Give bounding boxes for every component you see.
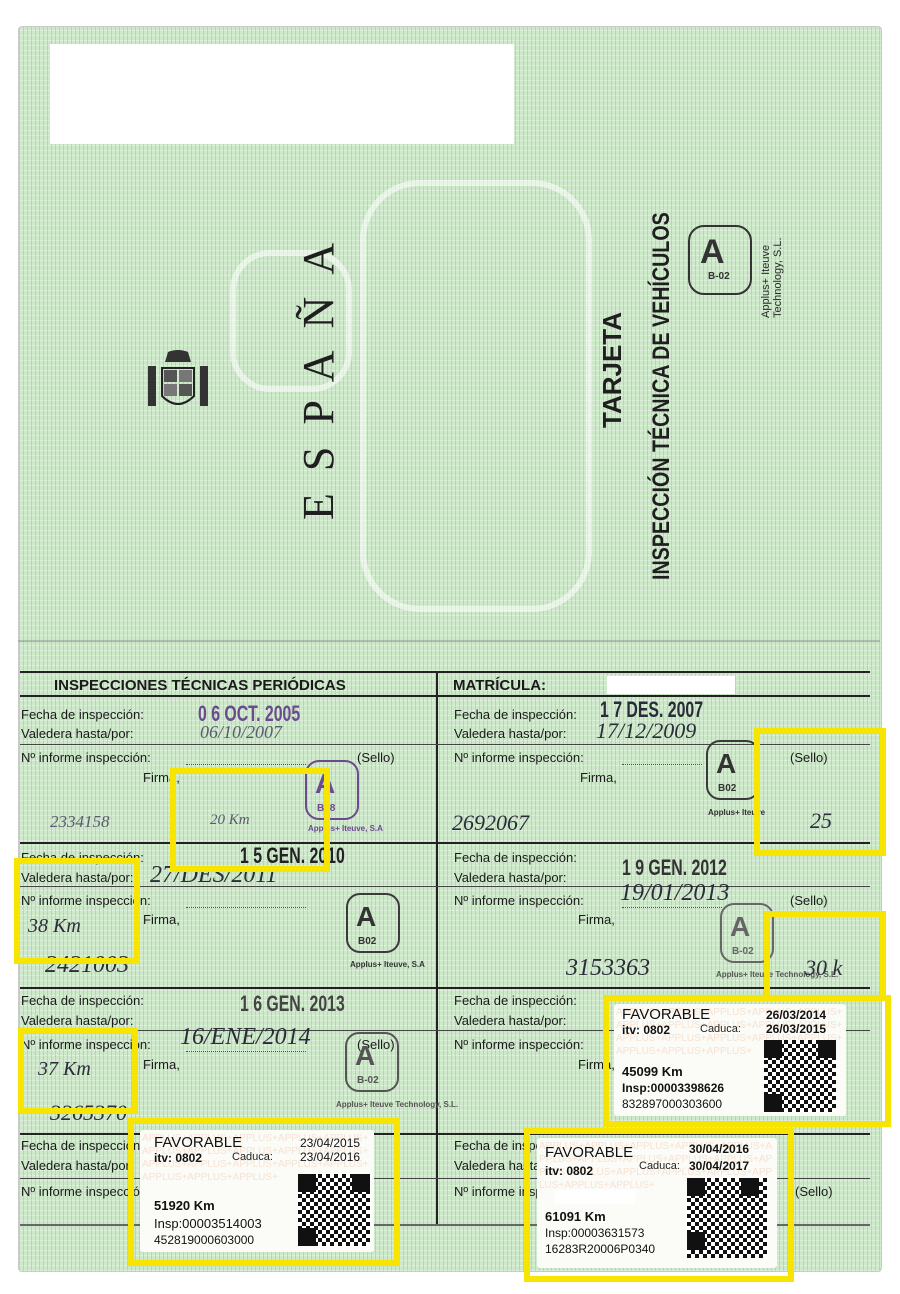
row-separator bbox=[20, 987, 870, 989]
seal-a-icon: A bbox=[700, 233, 725, 272]
informe-label: Nº informe inspección: bbox=[454, 750, 584, 765]
card-title-top: TARJETA bbox=[597, 312, 628, 428]
informe-dotted-line bbox=[622, 764, 702, 765]
seal-code: B-02 bbox=[708, 271, 730, 282]
highlight-box bbox=[524, 1128, 794, 1282]
firma-label: Firma, bbox=[143, 912, 180, 927]
fecha-label: Fecha de inspección: bbox=[21, 1138, 144, 1153]
report-number-handwritten: 2334158 bbox=[50, 812, 110, 832]
table-top-rule bbox=[20, 671, 870, 673]
row-separator bbox=[20, 842, 870, 844]
highlight-box bbox=[603, 995, 891, 1127]
highlight-box bbox=[754, 728, 886, 856]
highlight-box bbox=[14, 858, 140, 964]
highlight-box bbox=[18, 1028, 138, 1114]
report-number-handwritten: 3153363 bbox=[566, 955, 650, 982]
informe-dotted-line bbox=[186, 764, 306, 765]
highlight-box bbox=[170, 768, 330, 872]
seal-a-icon: A bbox=[716, 748, 736, 780]
valid-until-handwritten: 19/01/2013 bbox=[620, 880, 729, 907]
redacted-plate bbox=[607, 676, 735, 694]
coat-of-arms-icon bbox=[140, 350, 215, 420]
country-name: ESPAÑA bbox=[293, 221, 344, 520]
firma-label: Firma, bbox=[143, 1057, 180, 1072]
cover-seal: A B-02 bbox=[688, 225, 752, 295]
seal-issuer: Applus+ Iteuve, S.A bbox=[350, 960, 425, 969]
informe-dotted-line bbox=[186, 907, 306, 908]
valedera-label: Valedera hasta/por: bbox=[454, 726, 567, 741]
fold-line bbox=[18, 640, 880, 642]
report-number-handwritten: 2692067 bbox=[452, 810, 529, 836]
inspection-seal: A B02 bbox=[706, 740, 760, 800]
seal-code: B-02 bbox=[732, 946, 754, 957]
inspection-seal: A B-02 bbox=[345, 1032, 399, 1092]
fecha-label: Fecha de inspección: bbox=[454, 707, 577, 722]
sello-label: (Sello) bbox=[795, 1184, 833, 1199]
valedera-label: Valedera hasta/por: bbox=[21, 726, 134, 741]
valedera-label: Valedera hasta/por: bbox=[21, 1013, 134, 1028]
fecha-label: Fecha de inspección: bbox=[454, 993, 577, 1008]
seal-a-icon: A bbox=[355, 1040, 375, 1072]
seal-code: B-02 bbox=[357, 1075, 379, 1086]
fecha-label: Fecha de inspección: bbox=[454, 850, 577, 865]
informe-label: Nº informe inspección: bbox=[21, 750, 151, 765]
seal-a-icon: A bbox=[730, 911, 750, 943]
seal-code: B02 bbox=[718, 783, 736, 794]
inspection-seal: A B02 bbox=[346, 893, 400, 953]
table-header-rule bbox=[20, 695, 870, 697]
seal-issuer: Applus+ Iteuve Technology, S.L. bbox=[336, 1100, 458, 1109]
sello-label: (Sello) bbox=[790, 893, 828, 908]
valid-until-handwritten: 17/12/2009 bbox=[596, 718, 696, 744]
inspection-date-stamp: 1 9 GEN. 2012 bbox=[622, 855, 727, 881]
valedera-label: Valedera hasta/por: bbox=[21, 1158, 134, 1173]
informe-label: Nº informe inspección: bbox=[454, 1037, 584, 1052]
valedera-label: Valedera hasta/por: bbox=[454, 1013, 567, 1028]
fecha-label: Fecha de inspección: bbox=[21, 707, 144, 722]
valedera-label: Valedera hasta/por: bbox=[454, 870, 567, 885]
highlight-box bbox=[764, 911, 886, 1001]
valid-until-handwritten: 06/10/2007 bbox=[200, 722, 282, 743]
redacted-owner-block bbox=[50, 44, 514, 144]
informe-label: Nº informe inspección: bbox=[454, 893, 584, 908]
firma-label: Firma, bbox=[580, 770, 617, 785]
inspection-date-stamp: 1 6 GEN. 2013 bbox=[240, 991, 345, 1017]
left-section-header: INSPECCIONES TÉCNICAS PERIÓDICAS bbox=[54, 677, 346, 694]
table-center-divider bbox=[436, 671, 438, 1226]
informe-dotted-line bbox=[186, 1051, 306, 1052]
firma-label: Firma, bbox=[578, 912, 615, 927]
seal-a-icon: A bbox=[356, 901, 376, 933]
row-rule bbox=[20, 886, 870, 887]
watermark-shape bbox=[360, 180, 592, 612]
cover-issuer: Applus+ Iteuve Technology, S.L. bbox=[760, 237, 784, 318]
sello-label: (Sello) bbox=[357, 750, 395, 765]
highlight-box bbox=[128, 1118, 400, 1266]
plate-label: MATRÍCULA: bbox=[453, 677, 546, 694]
fecha-label: Fecha de inspección: bbox=[21, 993, 144, 1008]
valid-until-handwritten: 16/ENE/2014 bbox=[180, 1024, 311, 1051]
informe-dotted-line bbox=[622, 907, 722, 908]
seal-code: B02 bbox=[358, 936, 376, 947]
card-title-main: INSPECCIÓN TÉCNICA DE VEHÍCULOS bbox=[648, 212, 676, 580]
